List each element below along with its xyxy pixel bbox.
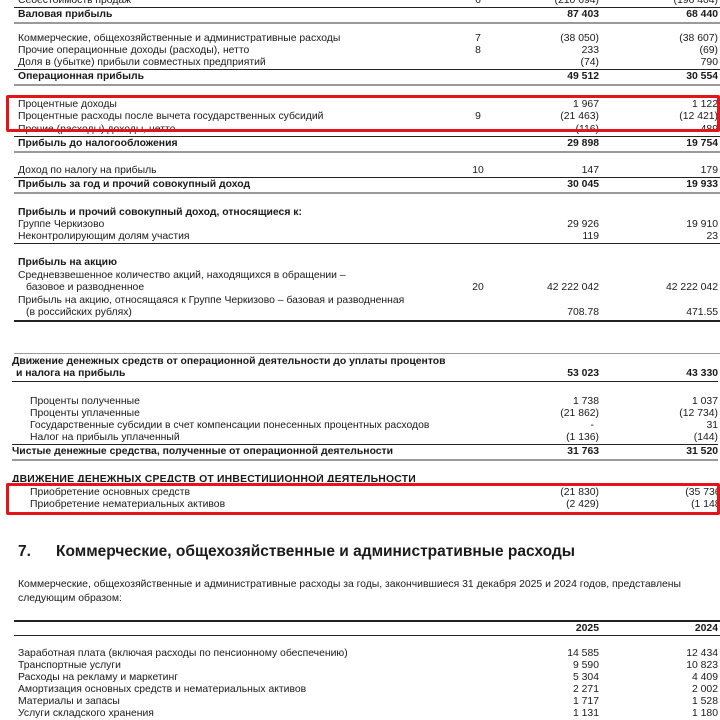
row-label: Операционная прибыль	[18, 71, 144, 83]
value-2025: 31 763	[567, 446, 599, 458]
value-2024: 19 933	[686, 179, 718, 191]
note-ref: 8	[468, 45, 488, 57]
row-label: Налог на прибыль уплаченный	[30, 432, 180, 444]
row-label: Неконтролирующим долям участия	[18, 231, 190, 243]
row-label: Чистые денежные средства, полученные от …	[12, 446, 393, 458]
value-2024: 68 440	[686, 9, 718, 21]
note-ref: 7	[468, 33, 488, 45]
row-label: Средневзвешенное количество акций, наход…	[18, 270, 346, 282]
row-jv-share: Доля в (убытке) прибыли совместных предп…	[0, 57, 720, 69]
table-row: Расходы на рекламу и маркетинг 5 304 4 4…	[0, 672, 720, 684]
value-2025: (210 694)	[555, 0, 599, 7]
investing-heading: ДВИЖЕНИЕ ДЕНЕЖНЫХ СРЕДСТВ ОТ ИНВЕСТИЦИОН…	[0, 474, 720, 482]
table-header: 2025 2024	[0, 623, 720, 635]
value-2024: (144)	[694, 432, 718, 444]
divider	[14, 353, 720, 354]
value-2024: 19 910	[686, 219, 718, 231]
table-row: Амортизация основных средств и нематериа…	[0, 684, 720, 696]
row-label: базовое и разводненное	[26, 282, 144, 294]
row-interest-received: Проценты полученные 1 738 1 037	[0, 396, 720, 408]
value-2025: 14 585	[567, 648, 599, 660]
value-2024: 471.55	[686, 307, 718, 319]
divider	[14, 620, 720, 622]
value-2025: 29 926	[567, 219, 599, 231]
row-income-tax: Доход по налогу на прибыль 10 147 179	[0, 165, 720, 177]
value-2025: (74)	[581, 57, 599, 69]
value-2024: (196 404)	[674, 0, 718, 7]
value-2025: (21 862)	[560, 408, 599, 420]
value-2025: 119	[582, 231, 599, 243]
value-2025: 1 717	[573, 696, 599, 708]
row-tax-paid: Налог на прибыль уплаченный (1 136) (144…	[0, 432, 720, 444]
divider	[14, 192, 720, 194]
column-header-2025: 2025	[576, 623, 599, 635]
divider	[14, 635, 720, 636]
row-cf-pre-line1: Движение денежных средств от операционно…	[0, 356, 720, 368]
section-number: 7.	[18, 543, 56, 561]
row-label: Государственные субсидии в счет компенса…	[30, 420, 429, 432]
value-2025: 2 271	[573, 684, 599, 696]
heading-text: Прибыль на акцию	[18, 257, 117, 269]
value-2025: (38 050)	[560, 33, 599, 45]
row-label: Проценты полученные	[30, 396, 140, 408]
row-shares-line1: Средневзвешенное количество акций, наход…	[0, 270, 720, 282]
value-2025: 5 304	[573, 672, 599, 684]
divider	[14, 151, 720, 153]
divider	[12, 381, 718, 382]
value-2024: 1 528	[692, 696, 718, 708]
divider	[14, 69, 720, 70]
row-label: Прибыль за год и прочий совокупный доход	[18, 179, 250, 191]
value-2024: 790	[701, 57, 718, 69]
value-2025: 708.78	[567, 307, 599, 319]
value-2024: 31 520	[686, 446, 718, 458]
row-label: Прочие операционные доходы (расходы), не…	[18, 45, 249, 57]
value-2024: 23	[706, 231, 718, 243]
value-2025: 147	[582, 165, 599, 177]
divider	[12, 444, 718, 445]
table-row: Материалы и запасы 1 717 1 528	[0, 696, 720, 708]
value-2025: 30 045	[567, 179, 599, 191]
row-shares: базовое и разводненное 20 42 222 042 42 …	[0, 282, 720, 294]
row-label: Материалы и запасы	[18, 696, 120, 708]
row-label: Транспортные услуги	[18, 660, 121, 672]
row-label: Себестоимость продаж	[18, 0, 131, 7]
value-2025: 53 023	[567, 368, 599, 380]
value-2025: -	[591, 420, 594, 432]
divider	[14, 7, 720, 8]
column-header-2024: 2024	[695, 623, 718, 635]
heading-text: Прибыль и прочий совокупный доход, относ…	[18, 207, 302, 219]
table-row: Услуги складского хранения 1 131 1 180	[0, 708, 720, 720]
row-gross-profit: Валовая прибыль 87 403 68 440	[0, 9, 720, 21]
divider	[14, 84, 720, 86]
value-2025: 42 222 042	[547, 282, 599, 294]
value-2025: 49 512	[567, 71, 599, 83]
row-label: Прибыль на акцию, относящаяся к Группе Ч…	[18, 295, 404, 307]
row-label: Коммерческие, общехозяйственные и админи…	[18, 33, 340, 45]
value-2024: (69)	[700, 45, 718, 57]
row-gov-subsidies: Государственные субсидии в счет компенса…	[0, 420, 720, 432]
row-profit-before-tax: Прибыль до налогообложения 29 898 19 754	[0, 138, 720, 150]
row-label: Амортизация основных средств и нематериа…	[18, 684, 306, 696]
note-ref: 6	[468, 0, 488, 7]
row-label: Доля в (убытке) прибыли совместных предп…	[18, 57, 266, 69]
row-label: (в российских рублях)	[26, 307, 132, 319]
value-2025: 233	[582, 45, 599, 57]
note-ref: 10	[468, 165, 488, 177]
value-2024: 4 409	[692, 672, 718, 684]
value-2024: 1 180	[692, 708, 718, 720]
value-2024: (12 734)	[679, 408, 718, 420]
highlight-box-interest	[6, 95, 720, 132]
divider	[14, 22, 720, 24]
section-heading: 7.Коммерческие, общехозяйственные и адми…	[18, 543, 575, 561]
row-label: Группе Черкизово	[18, 219, 104, 231]
row-other-operating: Прочие операционные доходы (расходы), не…	[0, 45, 720, 57]
row-net-operating-cash: Чистые денежные средства, полученные от …	[0, 446, 720, 458]
row-profit-for-year: Прибыль за год и прочий совокупный доход…	[0, 179, 720, 191]
row-eps: (в российских рублях) 708.78 471.55	[0, 307, 720, 319]
value-2024: 31	[706, 420, 718, 432]
row-label: Прибыль до налогообложения	[18, 138, 178, 150]
row-cf-pre: и налога на прибыль 53 023 43 330	[0, 368, 720, 380]
value-2024: 1 037	[692, 396, 718, 408]
value-2025: 87 403	[567, 9, 599, 21]
value-2025: 9 590	[573, 660, 599, 672]
row-non-controlling: Неконтролирующим долям участия 119 23	[0, 231, 720, 243]
row-eps-line1: Прибыль на акцию, относящаяся к Группе Ч…	[0, 295, 720, 307]
row-label: Заработная плата (включая расходы по пен…	[18, 648, 348, 660]
value-2025: 1 738	[573, 396, 599, 408]
value-2024: 30 554	[686, 71, 718, 83]
row-sga: Коммерческие, общехозяйственные и админи…	[0, 33, 720, 45]
table-row: Заработная плата (включая расходы по пен…	[0, 648, 720, 660]
value-2024: 10 823	[686, 660, 718, 672]
value-2024: 2 002	[692, 684, 718, 696]
value-2025: (1 136)	[566, 432, 599, 444]
table-row: Транспортные услуги 9 590 10 823	[0, 660, 720, 672]
attribution-heading: Прибыль и прочий совокупный доход, относ…	[0, 207, 720, 219]
heading-text: ДВИЖЕНИЕ ДЕНЕЖНЫХ СРЕДСТВ ОТ ИНВЕСТИЦИОН…	[12, 474, 416, 482]
row-label: Доход по налогу на прибыль	[18, 165, 157, 177]
value-2024: 43 330	[686, 368, 718, 380]
row-label: Движение денежных средств от операционно…	[12, 356, 446, 368]
row-interest-paid: Проценты уплаченные (21 862) (12 734)	[0, 408, 720, 420]
value-2024: 19 754	[686, 138, 718, 150]
row-label: Валовая прибыль	[18, 9, 112, 21]
divider	[12, 459, 718, 461]
section-title: Коммерческие, общехозяйственные и админи…	[56, 543, 575, 560]
row-operating-profit: Операционная прибыль 49 512 30 554	[0, 71, 720, 83]
row-label: Услуги складского хранения	[18, 708, 154, 720]
value-2024: 42 222 042	[666, 282, 718, 294]
section-paragraph: Коммерческие, общехозяйственные и админи…	[18, 578, 718, 606]
row-label: Проценты уплаченные	[30, 408, 140, 420]
divider	[14, 177, 720, 178]
highlight-box-investing	[6, 483, 720, 515]
divider	[14, 243, 720, 244]
row-cost-of-sales: Себестоимость продаж 6 (210 694) (196 40…	[0, 0, 720, 7]
value-2024: 179	[701, 165, 718, 177]
eps-heading: Прибыль на акцию	[0, 257, 720, 269]
note-ref: 20	[468, 282, 488, 294]
divider	[14, 136, 720, 137]
value-2025: 29 898	[567, 138, 599, 150]
divider	[14, 320, 720, 322]
row-group-cherkizovo: Группе Черкизово 29 926 19 910	[0, 219, 720, 231]
value-2025: 1 131	[573, 708, 599, 720]
row-label: Расходы на рекламу и маркетинг	[18, 672, 178, 684]
row-label: и налога на прибыль	[16, 368, 125, 380]
value-2024: (38 607)	[679, 33, 718, 45]
value-2024: 12 434	[686, 648, 718, 660]
